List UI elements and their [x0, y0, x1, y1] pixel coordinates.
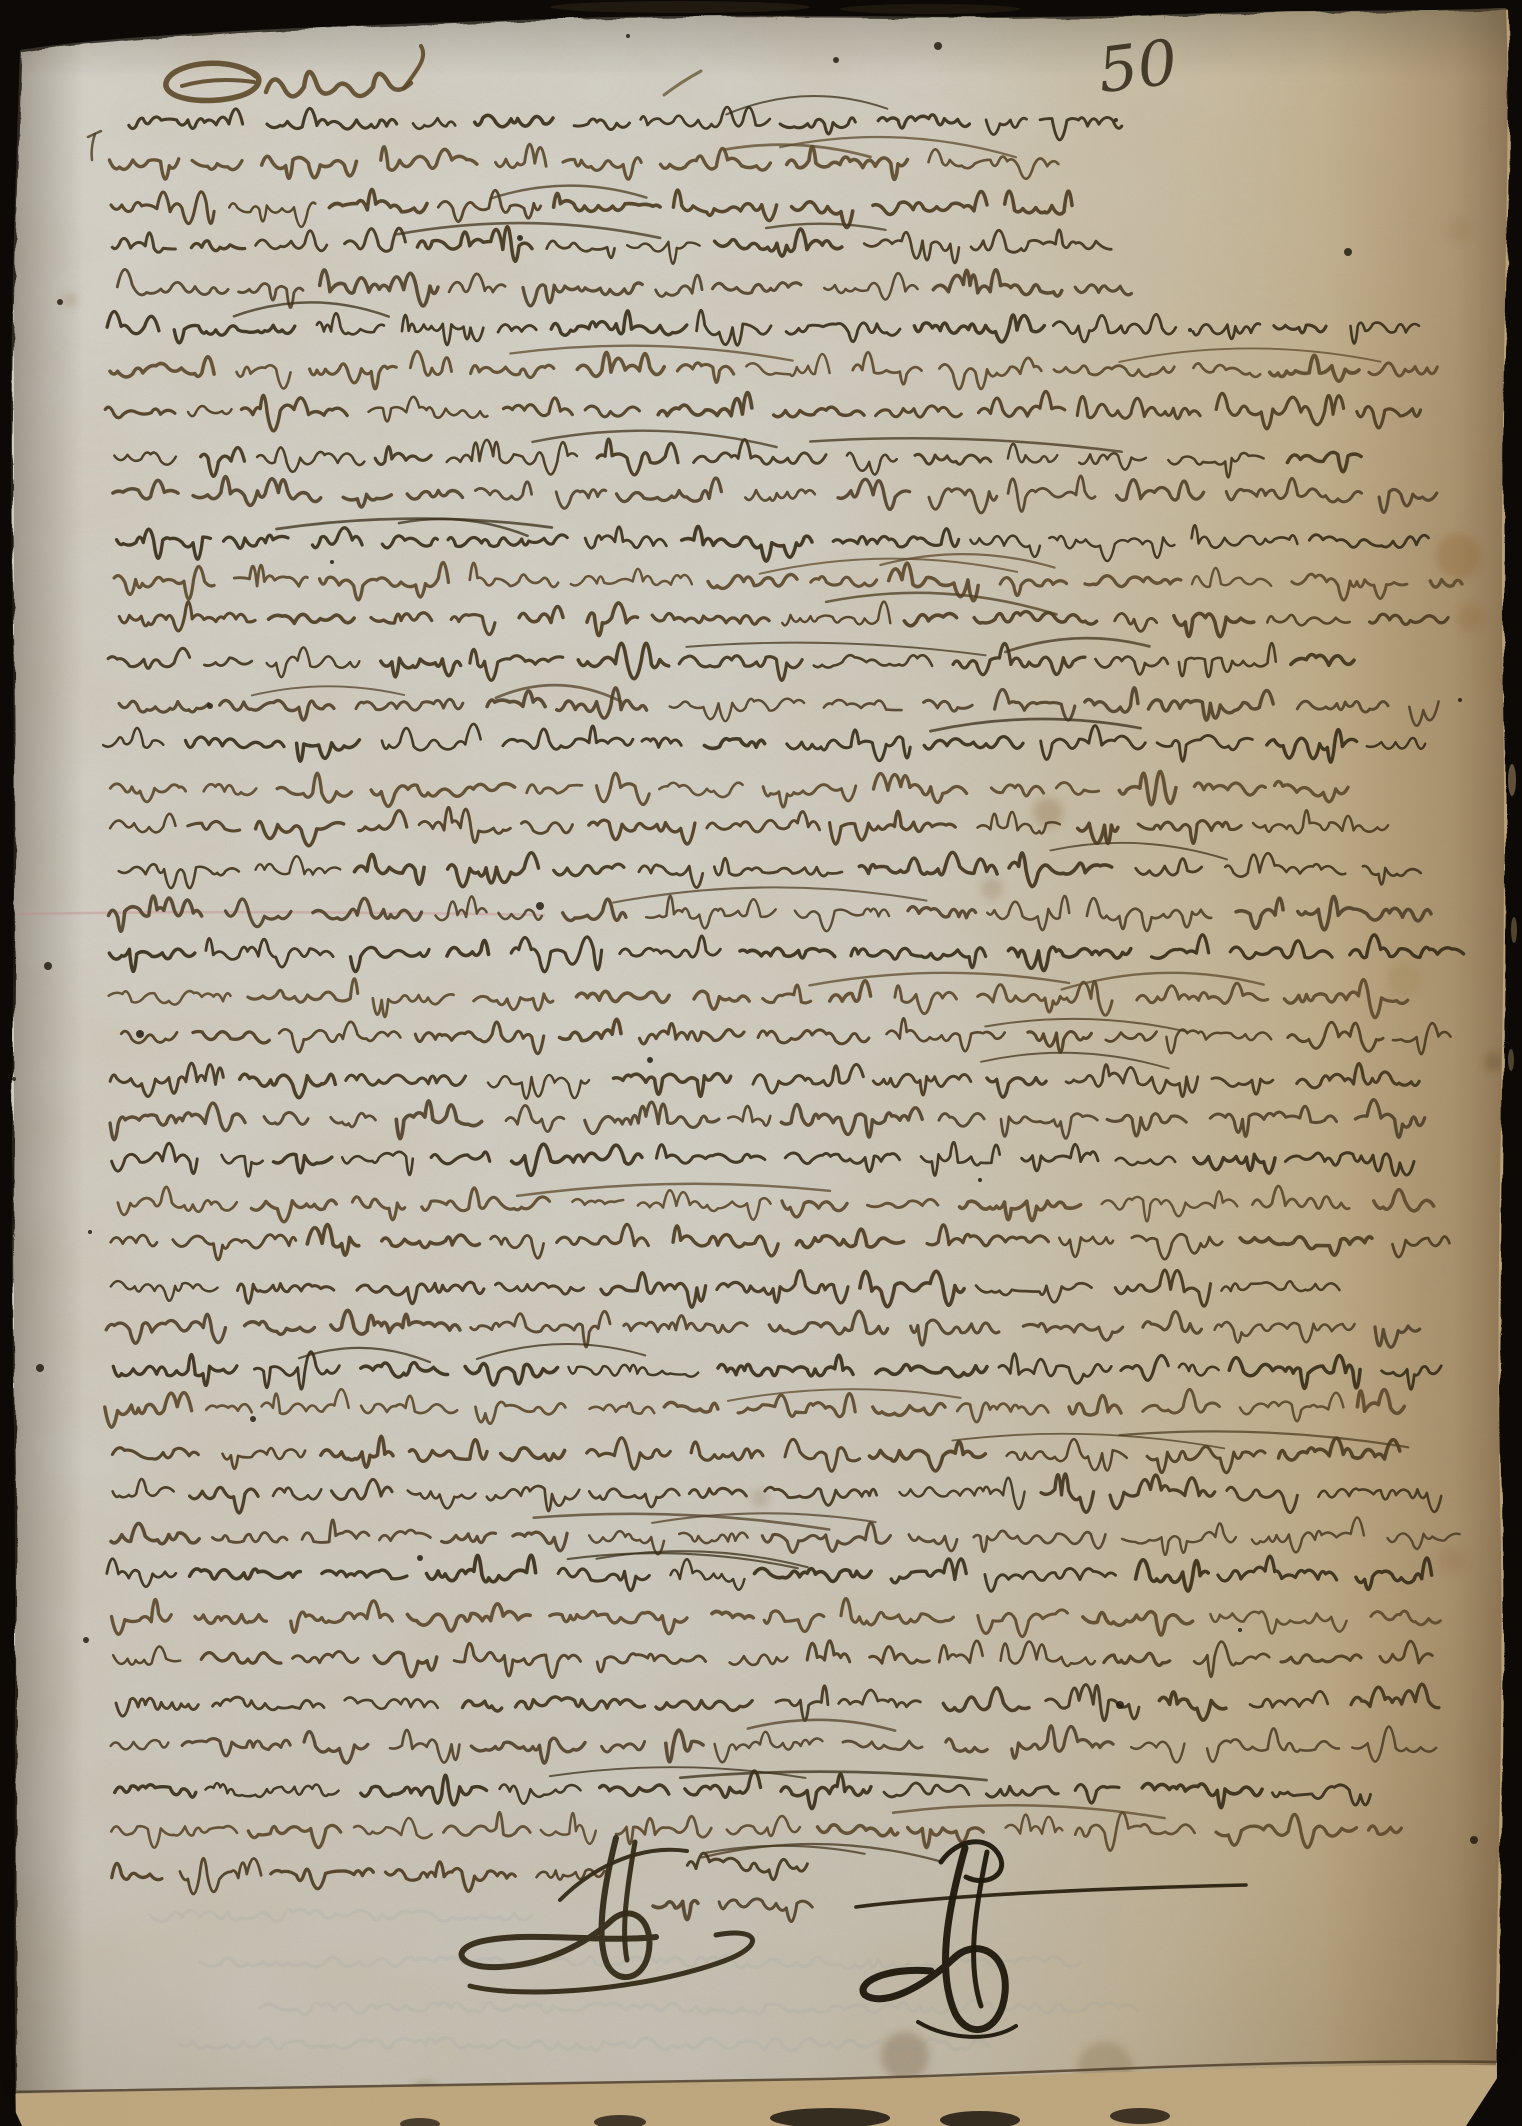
- page-svg: 50: [0, 0, 1522, 2126]
- paper-grain: [0, 0, 1522, 2126]
- top-binding-streak: [840, 4, 1020, 14]
- page-edge-fleck: [1508, 1049, 1514, 1071]
- page-edge-fleck: [1511, 917, 1517, 943]
- page-edge-fleck: [1508, 764, 1516, 796]
- top-binding-streak: [550, 1, 810, 13]
- folio-number: 50: [1094, 25, 1181, 107]
- manuscript-scan: 50: [0, 0, 1522, 2126]
